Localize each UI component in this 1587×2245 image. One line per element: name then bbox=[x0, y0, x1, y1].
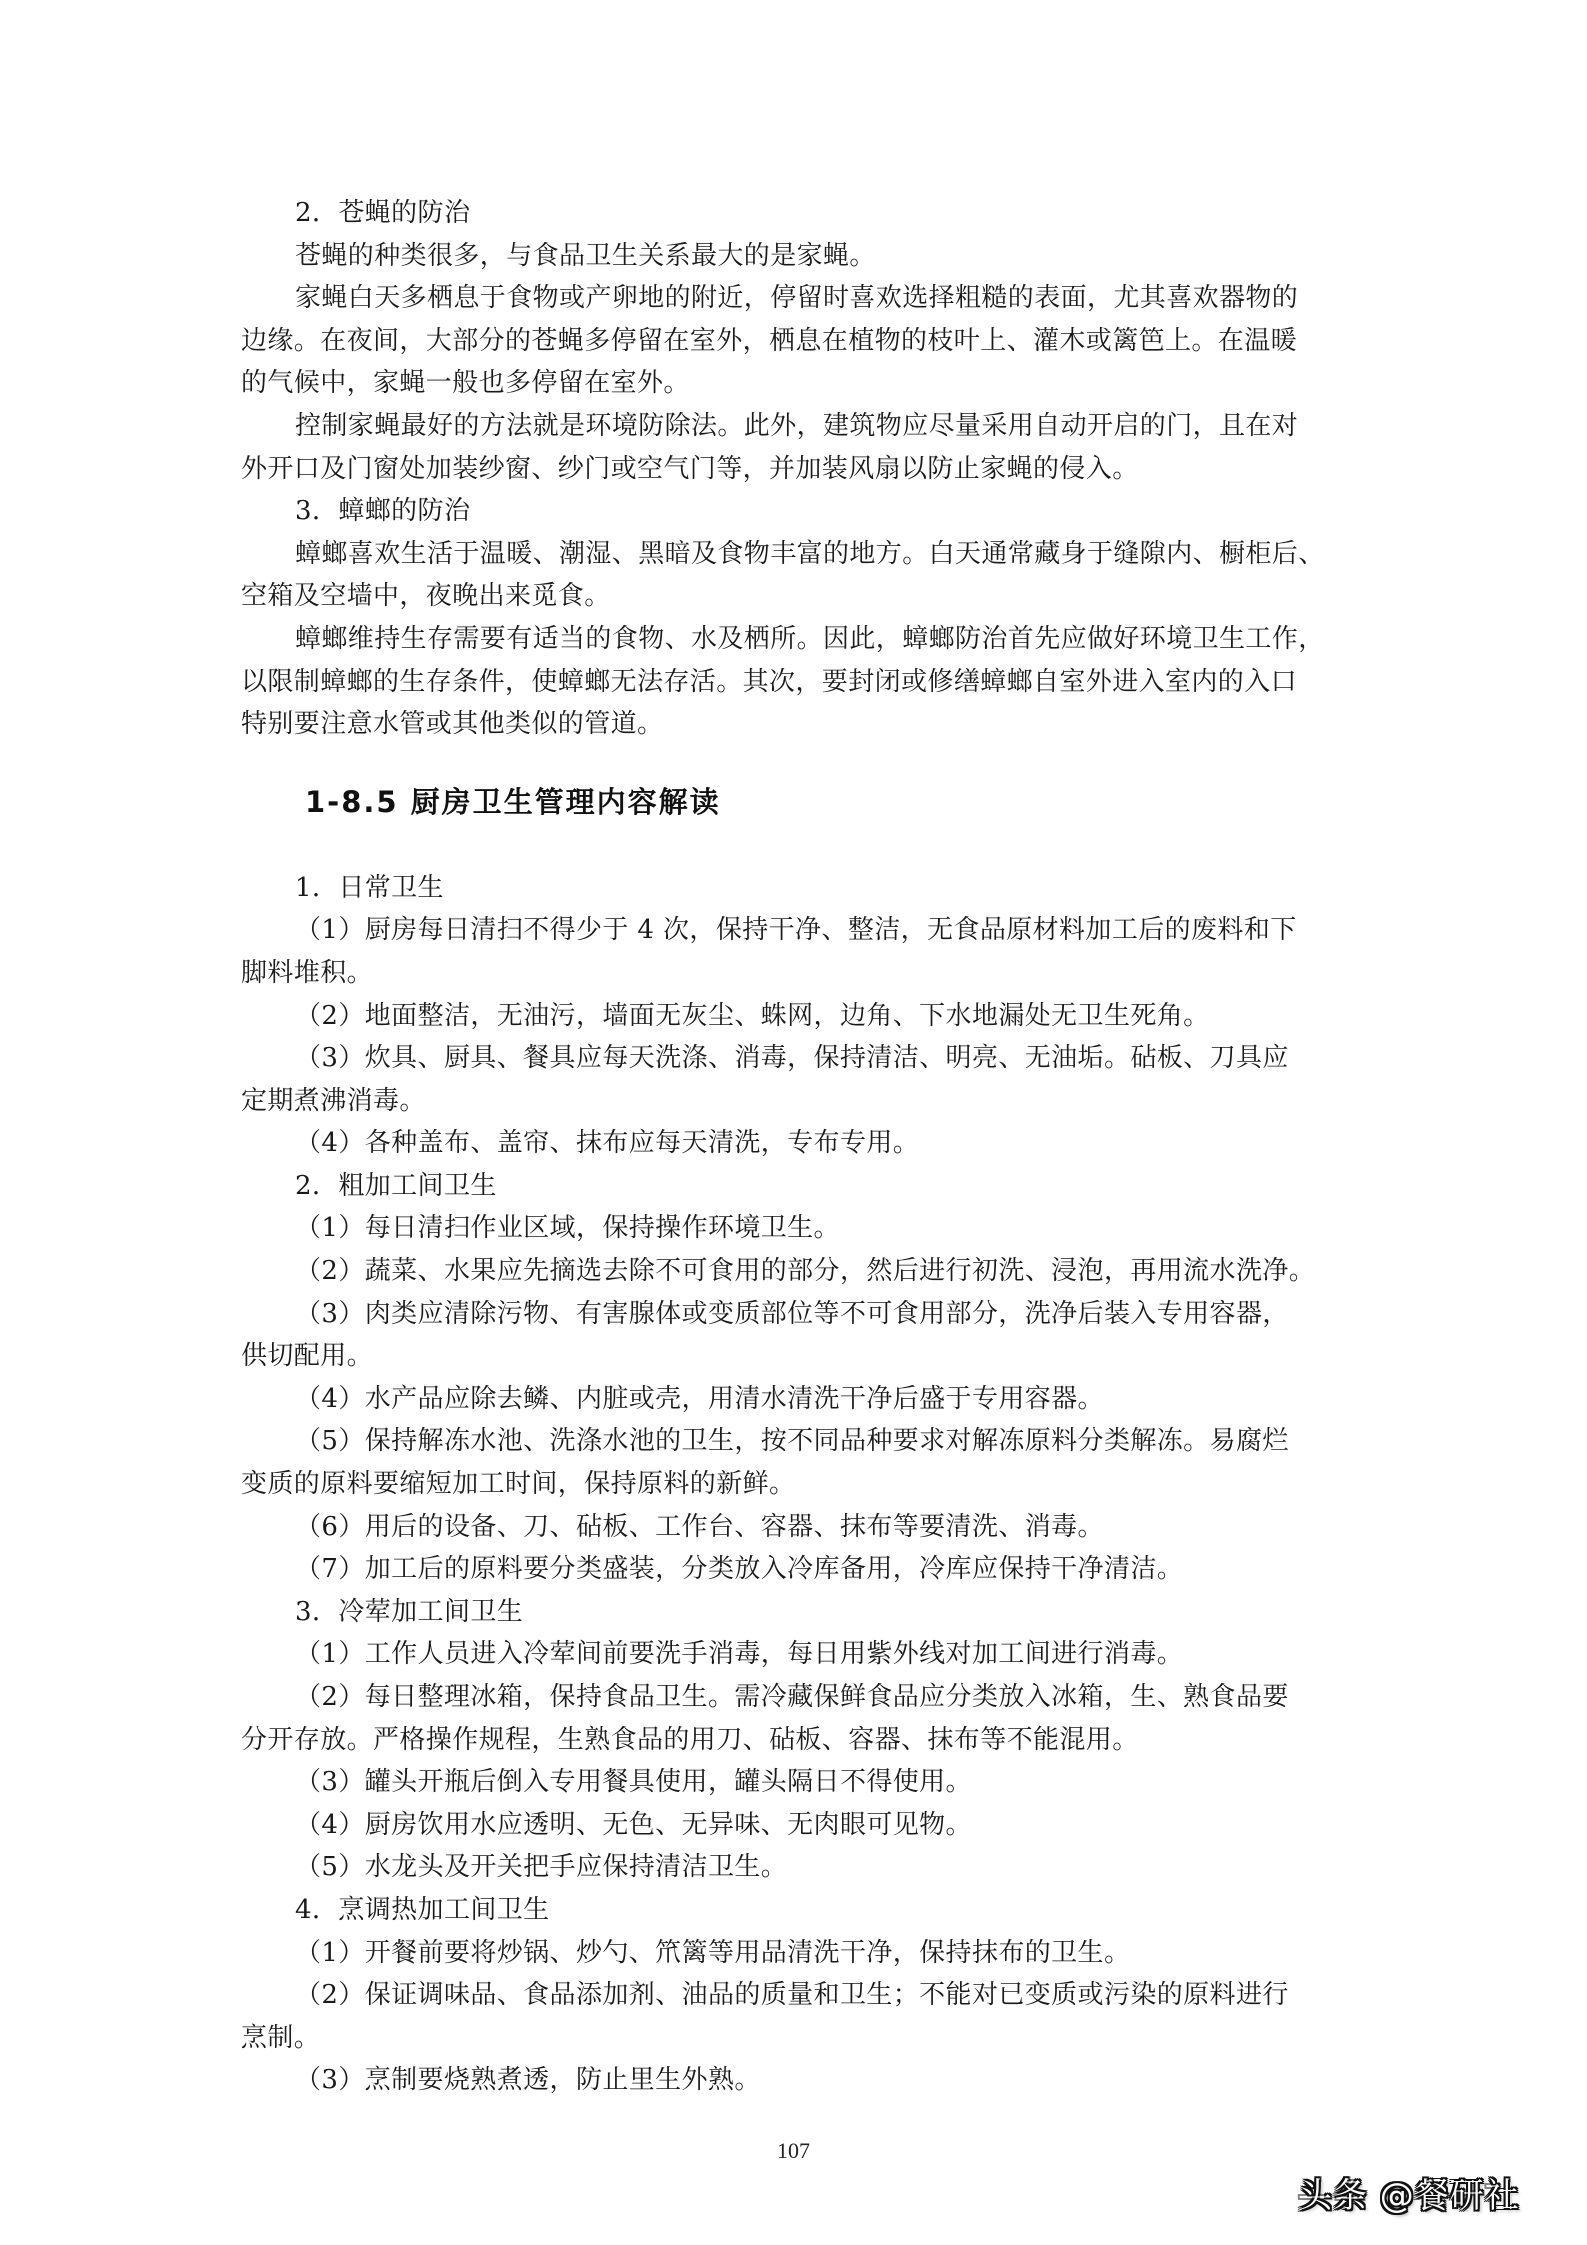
text-line: 以限制蟑螂的生存条件，使蟑螂无法存活。其次，要封闭或修缮蟑螂自室外进入室内的入口 bbox=[241, 661, 1347, 704]
paragraph: 蟑螂维持生存需要有适当的食物、水及栖所。因此，蟑螂防治首先应做好环境卫生工作，以… bbox=[241, 618, 1347, 746]
paragraph: （4）厨房饮用水应透明、无色、无异味、无肉眼可见物。 bbox=[241, 1804, 1347, 1847]
paragraph: （3）罐头开瓶后倒入专用餐具使用，罐头隔日不得使用。 bbox=[241, 1761, 1347, 1804]
text-line: 分开存放。严格操作规程，生熟食品的用刀、砧板、容器、抹布等不能混用。 bbox=[241, 1719, 1347, 1762]
text-line: （5）水龙头及开关把手应保持清洁卫生。 bbox=[241, 1846, 1347, 1889]
section-cockroaches: 3．蟑螂的防治蟑螂喜欢生活于温暖、潮湿、黑暗及食物丰富的地方。白天通常藏身于缝隙… bbox=[241, 490, 1347, 746]
paragraph: （4）水产品应除去鳞、内脏或壳，用清水清洗干净后盛于专用容器。 bbox=[241, 1378, 1347, 1421]
text-line: 家蝇白天多栖息于食物或产卵地的附近，停留时喜欢选择粗糙的表面，尤其喜欢器物的 bbox=[241, 277, 1347, 320]
sections-after: 1．日常卫生（1）厨房每日清扫不得少于 4 次，保持干净、整洁，无食品原材料加工… bbox=[241, 867, 1347, 2102]
text-line: （4）厨房饮用水应透明、无色、无异味、无肉眼可见物。 bbox=[241, 1804, 1347, 1847]
section-title: 2．粗加工间卫生 bbox=[241, 1165, 1347, 1208]
paragraph: （2）保证调味品、食品添加剂、油品的质量和卫生；不能对已变质或污染的原料进行烹制… bbox=[241, 1974, 1347, 2059]
paragraph: （1）厨房每日清扫不得少于 4 次，保持干净、整洁，无食品原材料加工后的废料和下… bbox=[241, 909, 1347, 994]
text-line: 烹制。 bbox=[241, 2017, 1347, 2060]
text-line: （4）各种盖布、盖帘、抹布应每天清洗，专布专用。 bbox=[241, 1122, 1347, 1165]
text-line: 蟑螂喜欢生活于温暖、潮湿、黑暗及食物丰富的地方。白天通常藏身于缝隙内、橱柜后、 bbox=[241, 533, 1347, 576]
section-rough-processing: 2．粗加工间卫生（1）每日清扫作业区域，保持操作环境卫生。（2）蔬菜、水果应先摘… bbox=[241, 1165, 1347, 1591]
text-line: （5）保持解冻水池、洗涤水池的卫生，按不同品种要求对解冻原料分类解冻。易腐烂 bbox=[241, 1420, 1347, 1463]
paragraph: （5）保持解冻水池、洗涤水池的卫生，按不同品种要求对解冻原料分类解冻。易腐烂变质… bbox=[241, 1420, 1347, 1505]
text-line: （2）地面整洁，无油污，墙面无灰尘、蛛网，边角、下水地漏处无卫生死角。 bbox=[241, 995, 1347, 1038]
paragraph: （2）每日整理冰箱，保持食品卫生。需冷藏保鲜食品应分类放入冰箱，生、熟食品要分开… bbox=[241, 1676, 1347, 1761]
watermark: 头条 @餐研社 bbox=[1298, 2168, 1520, 2217]
text-line: 供切配用。 bbox=[241, 1335, 1347, 1378]
text-line: （1）厨房每日清扫不得少于 4 次，保持干净、整洁，无食品原材料加工后的废料和下 bbox=[241, 909, 1347, 952]
text-line: 脚料堆积。 bbox=[241, 952, 1347, 995]
text-line: （3）烹制要烧熟煮透，防止里生外熟。 bbox=[241, 2059, 1347, 2102]
section-title: 3．蟑螂的防治 bbox=[241, 490, 1347, 533]
text-line: （3）罐头开瓶后倒入专用餐具使用，罐头隔日不得使用。 bbox=[241, 1761, 1347, 1804]
text-line: （3）肉类应清除污物、有害腺体或变质部位等不可食用部分，洗净后装入专用容器， bbox=[241, 1293, 1347, 1336]
section-title: 2．苍蝇的防治 bbox=[241, 192, 1347, 235]
paragraph: （6）用后的设备、刀、砧板、工作台、容器、抹布等要清洗、消毒。 bbox=[241, 1506, 1347, 1549]
paragraph: 家蝇白天多栖息于食物或产卵地的附近，停留时喜欢选择粗糙的表面，尤其喜欢器物的边缘… bbox=[241, 277, 1347, 405]
paragraph: （5）水龙头及开关把手应保持清洁卫生。 bbox=[241, 1846, 1347, 1889]
paragraph: （4）各种盖布、盖帘、抹布应每天清洗，专布专用。 bbox=[241, 1122, 1347, 1165]
text-line: 蟑螂维持生存需要有适当的食物、水及栖所。因此，蟑螂防治首先应做好环境卫生工作， bbox=[241, 618, 1347, 661]
text-line: （1）每日清扫作业区域，保持操作环境卫生。 bbox=[241, 1207, 1347, 1250]
paragraph: （7）加工后的原料要分类盛装，分类放入冷库备用，冷库应保持干净清洁。 bbox=[241, 1548, 1347, 1591]
section-cold-dish: 3．冷荤加工间卫生（1）工作人员进入冷荤间前要洗手消毒，每日用紫外线对加工间进行… bbox=[241, 1591, 1347, 1889]
text-line: （4）水产品应除去鳞、内脏或壳，用清水清洗干净后盛于专用容器。 bbox=[241, 1378, 1347, 1421]
section-title: 4．烹调热加工间卫生 bbox=[241, 1889, 1347, 1932]
paragraph: 蟑螂喜欢生活于温暖、潮湿、黑暗及食物丰富的地方。白天通常藏身于缝隙内、橱柜后、空… bbox=[241, 533, 1347, 618]
paragraph: （3）炊具、厨具、餐具应每天洗涤、消毒，保持清洁、明亮、无油垢。砧板、刀具应定期… bbox=[241, 1037, 1347, 1122]
page-number: 107 bbox=[0, 2138, 1587, 2164]
text-line: 的气候中，家蝇一般也多停留在室外。 bbox=[241, 362, 1347, 405]
text-line: （3）炊具、厨具、餐具应每天洗涤、消毒，保持清洁、明亮、无油垢。砧板、刀具应 bbox=[241, 1037, 1347, 1080]
document-page: 2．苍蝇的防治苍蝇的种类很多，与食品卫生关系最大的是家蝇。家蝇白天多栖息于食物或… bbox=[241, 192, 1347, 2102]
paragraph: 控制家蝇最好的方法就是环境防除法。此外，建筑物应尽量采用自动开启的门，且在对外开… bbox=[241, 405, 1347, 490]
text-line: （1）工作人员进入冷荤间前要洗手消毒，每日用紫外线对加工间进行消毒。 bbox=[241, 1633, 1347, 1676]
paragraph: （2）蔬菜、水果应先摘选去除不可食用的部分，然后进行初洗、浸泡，再用流水洗净。 bbox=[241, 1250, 1347, 1293]
paragraph: （1）工作人员进入冷荤间前要洗手消毒，每日用紫外线对加工间进行消毒。 bbox=[241, 1633, 1347, 1676]
text-line: 变质的原料要缩短加工时间，保持原料的新鲜。 bbox=[241, 1463, 1347, 1506]
section-title: 3．冷荤加工间卫生 bbox=[241, 1591, 1347, 1634]
paragraph: （3）肉类应清除污物、有害腺体或变质部位等不可食用部分，洗净后装入专用容器，供切… bbox=[241, 1293, 1347, 1378]
section-flies: 2．苍蝇的防治苍蝇的种类很多，与食品卫生关系最大的是家蝇。家蝇白天多栖息于食物或… bbox=[241, 192, 1347, 490]
sections-before: 2．苍蝇的防治苍蝇的种类很多，与食品卫生关系最大的是家蝇。家蝇白天多栖息于食物或… bbox=[241, 192, 1347, 746]
paragraph: （2）地面整洁，无油污，墙面无灰尘、蛛网，边角、下水地漏处无卫生死角。 bbox=[241, 995, 1347, 1038]
paragraph: （1）开餐前要将炒锅、炒勺、笊篱等用品清洗干净，保持抹布的卫生。 bbox=[241, 1932, 1347, 1975]
section-cooking: 4．烹调热加工间卫生（1）开餐前要将炒锅、炒勺、笊篱等用品清洗干净，保持抹布的卫… bbox=[241, 1889, 1347, 2102]
text-line: （2）蔬菜、水果应先摘选去除不可食用的部分，然后进行初洗、浸泡，再用流水洗净。 bbox=[241, 1250, 1347, 1293]
section-title: 1．日常卫生 bbox=[241, 867, 1347, 910]
text-line: （6）用后的设备、刀、砧板、工作台、容器、抹布等要清洗、消毒。 bbox=[241, 1506, 1347, 1549]
text-line: （2）每日整理冰箱，保持食品卫生。需冷藏保鲜食品应分类放入冰箱，生、熟食品要 bbox=[241, 1676, 1347, 1719]
text-line: 苍蝇的种类很多，与食品卫生关系最大的是家蝇。 bbox=[241, 235, 1347, 278]
paragraph: 苍蝇的种类很多，与食品卫生关系最大的是家蝇。 bbox=[241, 235, 1347, 278]
text-line: 控制家蝇最好的方法就是环境防除法。此外，建筑物应尽量采用自动开启的门，且在对 bbox=[241, 405, 1347, 448]
text-line: （7）加工后的原料要分类盛装，分类放入冷库备用，冷库应保持干净清洁。 bbox=[241, 1548, 1347, 1591]
section-daily: 1．日常卫生（1）厨房每日清扫不得少于 4 次，保持干净、整洁，无食品原材料加工… bbox=[241, 867, 1347, 1165]
text-line: 外开口及门窗处加装纱窗、纱门或空气门等，并加装风扇以防止家蝇的侵入。 bbox=[241, 448, 1347, 491]
text-line: 特别要注意水管或其他类似的管道。 bbox=[241, 703, 1347, 746]
text-line: 定期煮沸消毒。 bbox=[241, 1080, 1347, 1123]
text-line: （1）开餐前要将炒锅、炒勺、笊篱等用品清洗干净，保持抹布的卫生。 bbox=[241, 1932, 1347, 1975]
text-line: 边缘。在夜间，大部分的苍蝇多停留在室外，栖息在植物的枝叶上、灌木或篱笆上。在温暖 bbox=[241, 320, 1347, 363]
text-line: （2）保证调味品、食品添加剂、油品的质量和卫生；不能对已变质或污染的原料进行 bbox=[241, 1974, 1347, 2017]
paragraph: （3）烹制要烧熟煮透，防止里生外熟。 bbox=[241, 2059, 1347, 2102]
section-heading: 1-8.5 厨房卫生管理内容解读 bbox=[241, 781, 1347, 823]
paragraph: （1）每日清扫作业区域，保持操作环境卫生。 bbox=[241, 1207, 1347, 1250]
text-line: 空箱及空墙中，夜晚出来觅食。 bbox=[241, 575, 1347, 618]
